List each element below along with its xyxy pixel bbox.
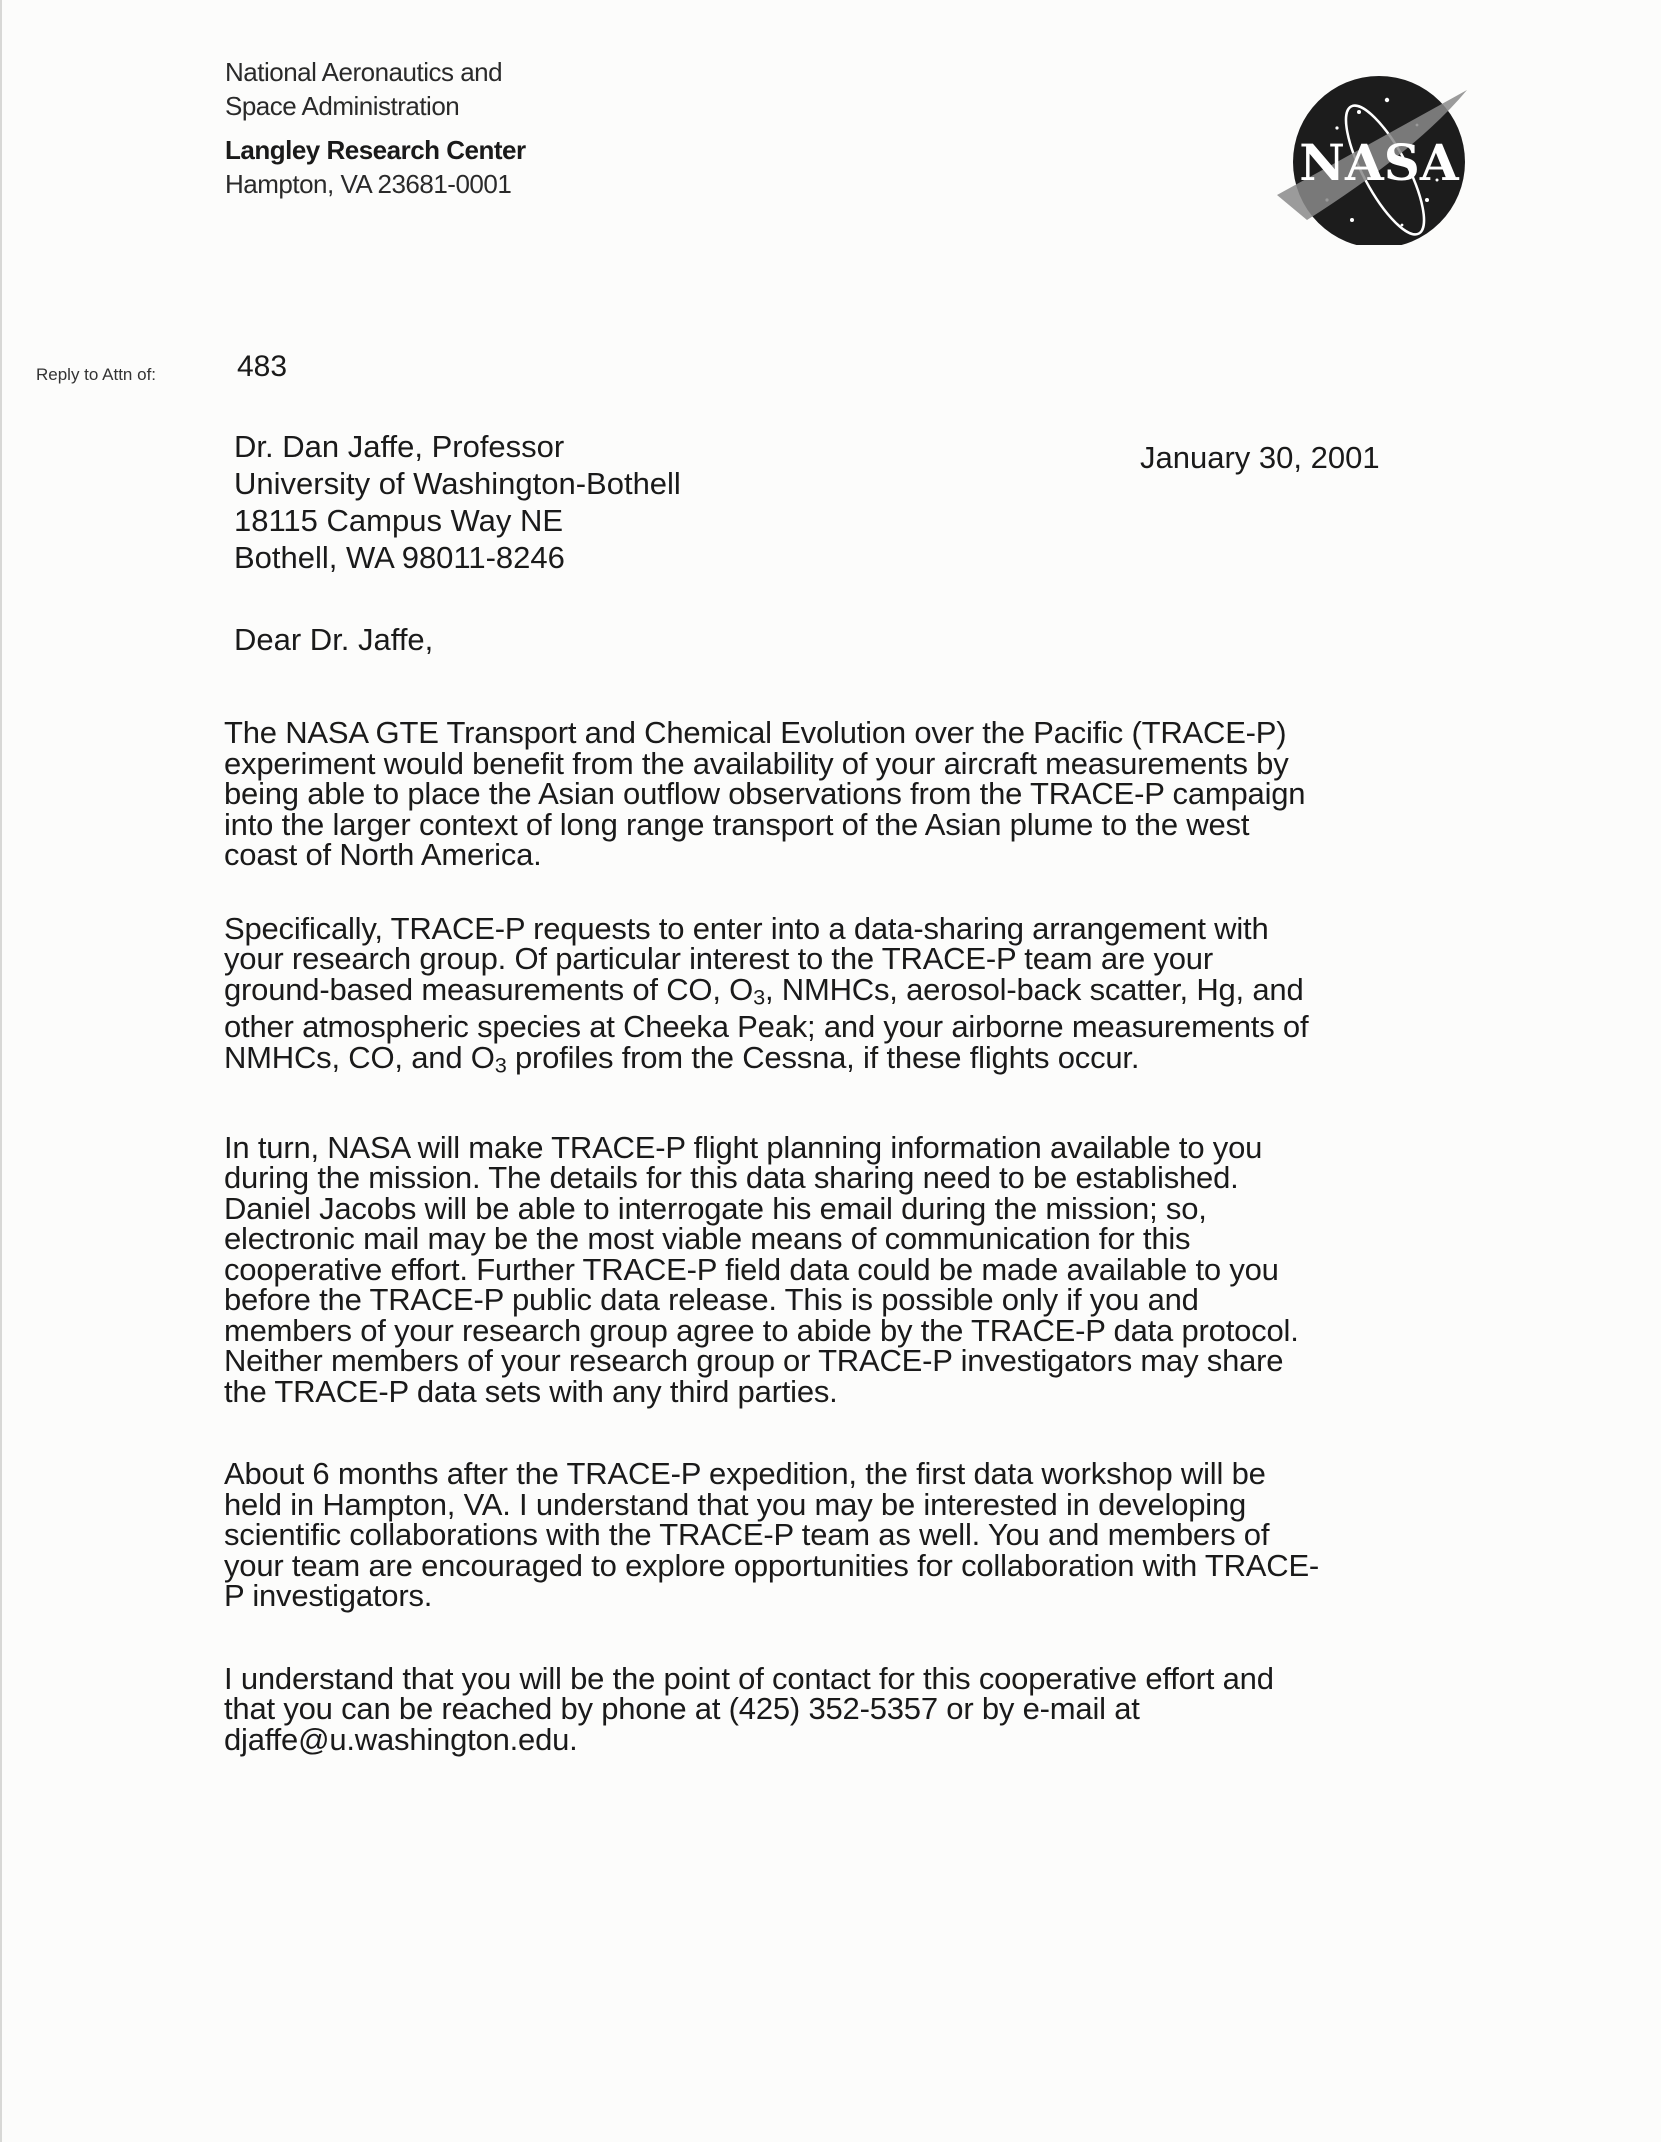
text-line: In turn, NASA will make TRACE-P flight p… [224, 1133, 1444, 1164]
text-segment: profiles from the Cessna, if these fligh… [507, 1040, 1140, 1075]
reply-to-code: 483 [237, 350, 287, 384]
text-segment: ground-based measurements of CO, O [224, 972, 753, 1007]
recipient-name: Dr. Dan Jaffe, Professor [234, 428, 681, 465]
email-link[interactable]: djaffe@u.washington.edu. [224, 1725, 1444, 1756]
recipient-city: Bothell, WA 98011-8246 [234, 539, 681, 576]
text-line: into the larger context of long range tr… [224, 810, 1444, 841]
text-line: members of your research group agree to … [224, 1316, 1444, 1347]
text-line: I understand that you will be the point … [224, 1664, 1444, 1695]
nasa-logo-icon: NASA [1267, 70, 1497, 245]
text-line: before the TRACE-P public data release. … [224, 1285, 1444, 1316]
salutation: Dear Dr. Jaffe, [234, 622, 433, 658]
text-segment: , NMHCs, aerosol-back scatter, Hg, and [765, 972, 1304, 1007]
text-line: scientific collaborations with the TRACE… [224, 1520, 1444, 1551]
text-line: coast of North America. [224, 840, 1444, 871]
text-segment: NMHCs, CO, and O [224, 1040, 495, 1075]
recipient-address: Dr. Dan Jaffe, Professor University of W… [234, 428, 681, 576]
text-line: your team are encouraged to explore oppo… [224, 1551, 1444, 1582]
paragraph-4: About 6 months after the TRACE-P expedit… [224, 1459, 1444, 1612]
text-line: Specifically, TRACE-P requests to enter … [224, 914, 1444, 945]
letter-page: National Aeronautics and Space Administr… [0, 0, 1661, 2142]
text-line: cooperative effort. Further TRACE-P fiel… [224, 1255, 1444, 1286]
paragraph-3: In turn, NASA will make TRACE-P flight p… [224, 1133, 1444, 1408]
text-line: other atmospheric species at Cheeka Peak… [224, 1012, 1444, 1043]
agency-name-line2: Space Administration [225, 89, 526, 123]
center-address: Hampton, VA 23681-0001 [225, 167, 526, 201]
text-line: the TRACE-P data sets with any third par… [224, 1377, 1444, 1408]
subscript: 3 [753, 984, 765, 1009]
paragraph-2: Specifically, TRACE-P requests to enter … [224, 914, 1444, 1081]
paragraph-1: The NASA GTE Transport and Chemical Evol… [224, 718, 1444, 871]
text-line: About 6 months after the TRACE-P expedit… [224, 1459, 1444, 1490]
text-line: Daniel Jacobs will be able to interrogat… [224, 1194, 1444, 1225]
subscript: 3 [495, 1052, 507, 1077]
recipient-institution: University of Washington-Bothell [234, 465, 681, 502]
text-line: that you can be reached by phone at (425… [224, 1694, 1444, 1725]
paragraph-5: I understand that you will be the point … [224, 1664, 1444, 1756]
logo-text: NASA [1299, 133, 1460, 192]
center-name: Langley Research Center [225, 133, 526, 167]
letter-body: The NASA GTE Transport and Chemical Evol… [224, 718, 1444, 1798]
text-line: Neither members of your research group o… [224, 1346, 1444, 1377]
text-line: your research group. Of particular inter… [224, 944, 1444, 975]
letterhead: National Aeronautics and Space Administr… [225, 55, 526, 201]
text-line: ground-based measurements of CO, O3, NMH… [224, 975, 1444, 1013]
text-line: during the mission. The details for this… [224, 1163, 1444, 1194]
recipient-street: 18115 Campus Way NE [234, 502, 681, 539]
agency-name-line1: National Aeronautics and [225, 55, 526, 89]
letter-date: January 30, 2001 [1140, 440, 1380, 476]
text-line: electronic mail may be the most viable m… [224, 1224, 1444, 1255]
text-line: held in Hampton, VA. I understand that y… [224, 1490, 1444, 1521]
text-line: P investigators. [224, 1581, 1444, 1612]
text-line: NMHCs, CO, and O3 profiles from the Cess… [224, 1043, 1444, 1081]
text-line: being able to place the Asian outflow ob… [224, 779, 1444, 810]
text-line: The NASA GTE Transport and Chemical Evol… [224, 718, 1444, 749]
reply-to-label: Reply to Attn of: [36, 365, 156, 385]
text-line: experiment would benefit from the availa… [224, 749, 1444, 780]
